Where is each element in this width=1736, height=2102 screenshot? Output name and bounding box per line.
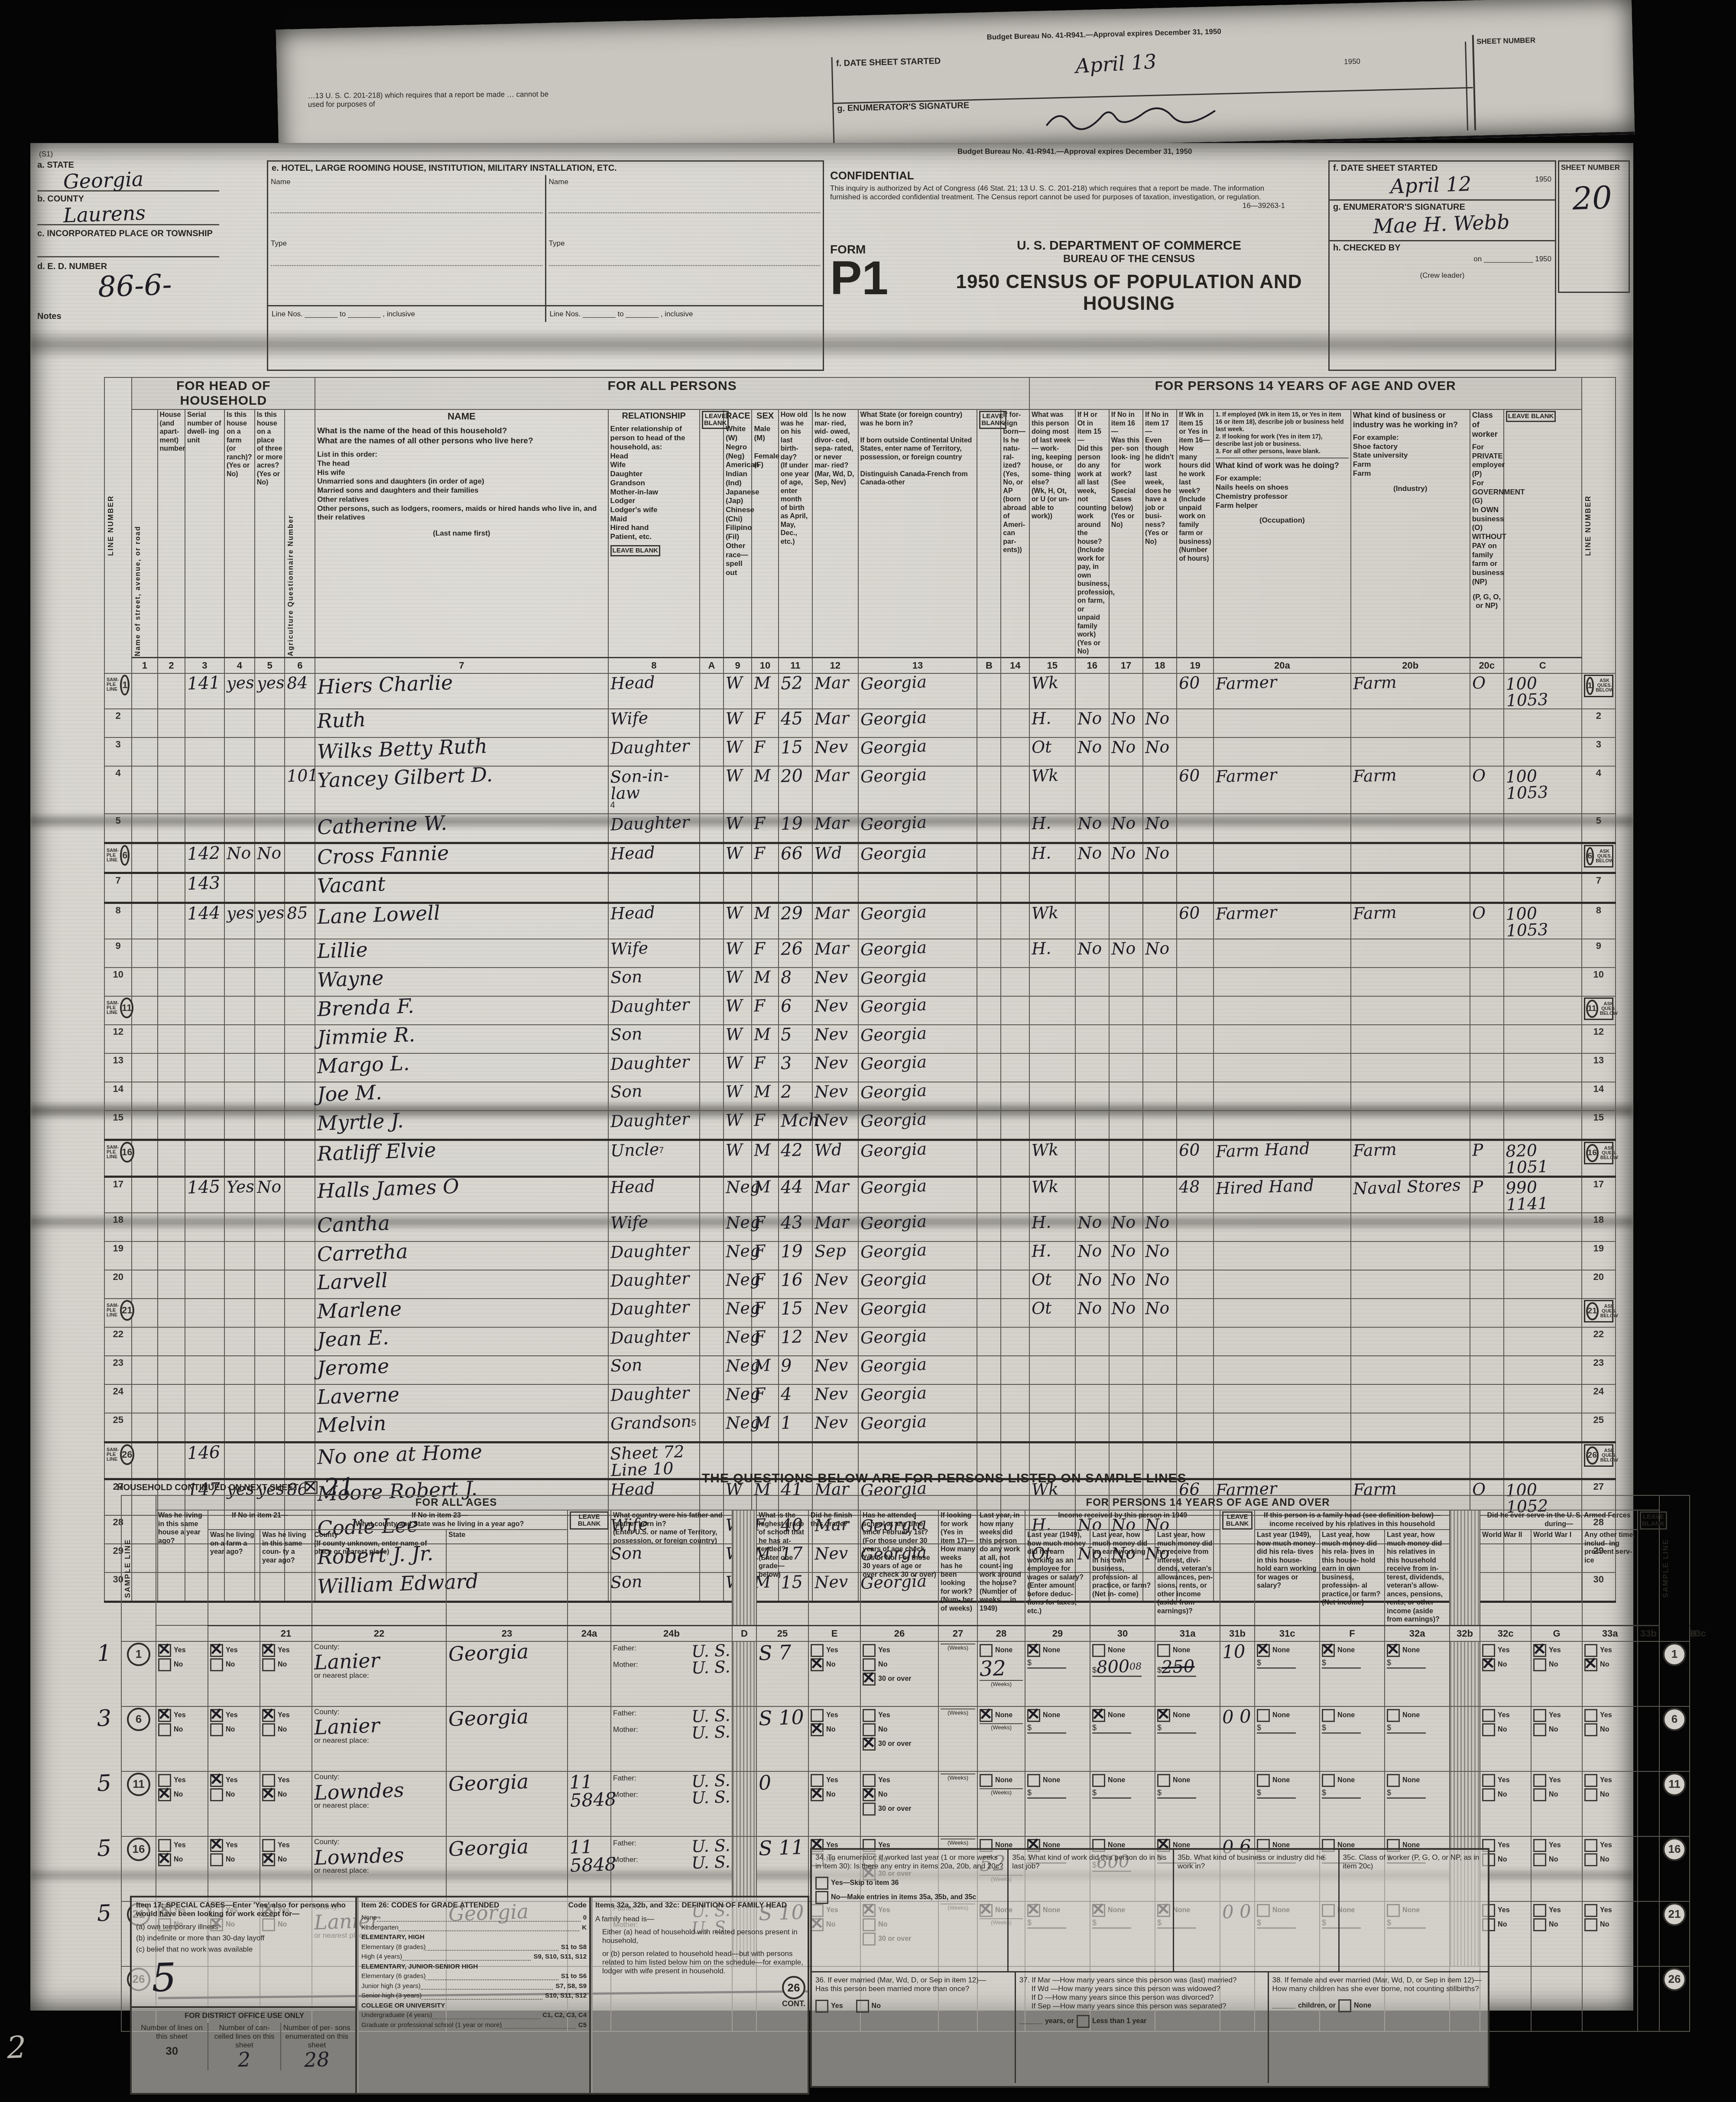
cell-item31b-none-label: None [1108, 1712, 1125, 1719]
cell-farm [224, 1213, 255, 1241]
torn-fragment-text: …13 U. S. C. 201-218) which requires tha… [308, 90, 550, 109]
handwritten-value: No [1111, 1214, 1136, 1231]
item21-no-box [158, 1723, 171, 1736]
cell-ind [1351, 873, 1470, 903]
cell-item31c-none: None [1157, 1774, 1218, 1787]
item21-no: No [158, 1723, 206, 1736]
relationship-superscript: 5 [691, 1418, 696, 1428]
q37-1: 37. If Mar —How many years since this pe… [1019, 1976, 1264, 1985]
cell-age: 16 [779, 1270, 812, 1299]
cell-sex: M [752, 766, 778, 814]
cell-i19: 60 [1177, 1140, 1214, 1177]
person-row: 12Jimmie R.SonWM5NevGeorgia12 [104, 1025, 1616, 1053]
cell-agri [285, 1177, 315, 1213]
cell-serial [185, 1327, 224, 1356]
cell-acres [255, 814, 285, 843]
handwritten-value: Mar [814, 815, 849, 832]
cell-bp: Georgia [858, 1384, 977, 1413]
handwritten-value: Georgia [860, 997, 927, 1015]
cell-i19: 48 [1177, 1177, 1214, 1213]
special-a: (a) own temporary illness [136, 1923, 353, 1931]
cell-farm: Yes [224, 1177, 255, 1213]
cell-item32a-none: None [1257, 1644, 1317, 1657]
cell-name: Laverne [315, 1384, 608, 1413]
cell-bp [858, 873, 977, 903]
sample-line-right: 1 [1659, 1641, 1690, 1706]
cell-bp: Georgia [858, 968, 977, 996]
item22-yes-label: Yes [226, 1777, 238, 1784]
district-office-box: FOR DISTRICT OFFICE USE ONLY Number of l… [130, 2006, 359, 2095]
cell-i14 [1001, 1025, 1029, 1053]
cell-agri [285, 1270, 315, 1299]
person-row: 9LillieWifeWF26MarGeorgiaH.NoNoNo9 [104, 939, 1616, 968]
special-c: (c) belief that no work was available [136, 1945, 353, 1954]
cell-item32b-none-box [1322, 1709, 1335, 1722]
cell-ind: Farm [1351, 766, 1470, 814]
cell-cls [1470, 873, 1504, 903]
handwritten-value: Farm [1353, 1141, 1397, 1159]
cell-race: Neg [724, 1356, 752, 1384]
item21: YesNo [158, 1644, 206, 1671]
handwritten-value: Son [610, 968, 642, 986]
item33c-no-box [1584, 1658, 1597, 1671]
line-number-left: 17 [104, 1177, 132, 1213]
cell-cls [1470, 1356, 1504, 1384]
cell-street [132, 1213, 157, 1241]
handwritten-value: P [1472, 1142, 1483, 1159]
handwritten-value: Georgia [860, 1213, 927, 1232]
cell-i16 [1075, 903, 1109, 939]
cell-codes [1504, 939, 1582, 968]
cell-grade: 0 [756, 1771, 808, 1836]
cell-B [977, 1299, 1001, 1327]
cell-sex: F [752, 1384, 778, 1413]
cell-i18 [1143, 873, 1177, 903]
handwritten-value: Daughter [610, 1053, 690, 1072]
line-number-left: 10 [104, 968, 132, 996]
cell-i15: H. [1029, 843, 1075, 873]
cell-i15: Ot [1029, 737, 1075, 766]
grade-code-row: High (4 years)S9, S10, S11, S12 [361, 1952, 587, 1962]
cell-street [132, 1053, 157, 1082]
item33c-yes: Yes [1584, 1709, 1635, 1722]
special-b: (b) indefinite or more than 30-day layof… [136, 1934, 353, 1943]
handwritten-value: Farmer [1215, 904, 1277, 923]
th-leave-blank-h: LEAVE BLANK [1638, 1510, 1659, 1625]
item33b: YesNo [1533, 1839, 1580, 1866]
item33c-no-label: No [1600, 1661, 1609, 1669]
th-leave-blank-b: LEAVE BLANK [977, 409, 1001, 657]
cell-agri [285, 939, 315, 968]
handwritten-value: Daughter [610, 1241, 690, 1261]
census-scan-page: …13 U. S. C. 201-218) which requires tha… [0, 0, 1736, 2102]
handwritten-value: No [1077, 815, 1102, 832]
q37-3: If D —How many years since this person w… [1032, 1993, 1264, 2002]
cell-i14 [1001, 1140, 1029, 1177]
item33b-yes-label: Yes [1549, 1842, 1561, 1849]
grade-code-label: High (4 years) [361, 1952, 402, 1962]
handwritten-value: No [1145, 845, 1169, 862]
cell-i18: No [1143, 1270, 1177, 1299]
handwritten-value: 145 [187, 1178, 221, 1197]
cell-farm [224, 814, 255, 843]
family-head-definition-box: Items 32a, 32b, and 32c: DEFINITION OF F… [589, 1896, 809, 2095]
handwritten-value: Georgia [448, 1641, 529, 1663]
handwritten-value: Lillie [317, 939, 368, 961]
item28-no-label: No [878, 1726, 887, 1734]
item22-no-label: No [226, 1661, 235, 1669]
cell-B [977, 1213, 1001, 1241]
item23: YesNo [262, 1709, 310, 1736]
handwritten-value: No [1077, 710, 1102, 727]
item33b-yes-box [1533, 1774, 1546, 1787]
codes-title: Item 26: CODES for GRADE ATTENDED [361, 1901, 499, 1910]
cell-B [977, 1413, 1001, 1442]
cell-house [158, 1241, 185, 1270]
th-race: RACE White (W) Negro (Neg) American Indi… [724, 409, 752, 657]
handwritten-value: Daughter [610, 1299, 690, 1318]
cell-i18 [1143, 996, 1177, 1025]
grp-family: If this person is a family head (see def… [1255, 1510, 1450, 1530]
cell-A [700, 996, 724, 1025]
handwritten-value: H. [1031, 1214, 1051, 1231]
handwritten-value: 100 1053 [1506, 766, 1580, 802]
cell-occ [1214, 1299, 1351, 1327]
cell-i18: No [1143, 737, 1177, 766]
item22-yes-label: Yes [226, 1842, 238, 1849]
cell-item31c: None$ [1155, 1771, 1220, 1836]
item30-none-label: None [995, 1647, 1012, 1654]
cell-serial: 145 [185, 1177, 224, 1213]
sample-line-left: 6 [121, 1706, 156, 1771]
th-serial: Serial number of dwell- ing unit [185, 409, 224, 657]
cell-age: 15 [779, 1299, 812, 1327]
cell-acres [255, 1327, 285, 1356]
item33a-no: No [1482, 1723, 1529, 1736]
sample-line-right: 6 [1659, 1706, 1690, 1771]
item22-yes-box [210, 1774, 223, 1787]
q37-foot: years, or [1045, 2018, 1074, 2025]
district-v1: 30 [137, 2044, 207, 2058]
item33b-yes: Yes [1533, 1709, 1580, 1722]
cell-i19: 60 [1177, 766, 1214, 814]
cell-leave-blank-e [732, 1706, 756, 1771]
item33a-no: No [1482, 1658, 1529, 1671]
cell-item32a-none: None [1257, 1774, 1317, 1787]
item21-yes-box [158, 1644, 171, 1657]
ask-ques-below-badge: 11ASK QUES. BELOW [1584, 997, 1613, 1020]
confidential-label: CONFIDENTIAL [830, 169, 914, 182]
cell-acres [255, 1140, 285, 1177]
item23-no-label: No [278, 1661, 287, 1669]
handwritten-value: Wk [1031, 1141, 1058, 1159]
handwritten-value: Lane Lowell [317, 903, 440, 927]
line-number-left: 24 [104, 1384, 132, 1413]
cell-leave-blank-f [1220, 1771, 1255, 1836]
cell-i15 [1029, 968, 1075, 996]
handwritten-value: 12 [780, 1328, 803, 1346]
item22-yes: Yes [210, 1839, 258, 1852]
handwritten-value: 43 [780, 1214, 803, 1232]
cell-rel: Wife [608, 1213, 700, 1241]
cell-i14 [1001, 1241, 1029, 1270]
cell-item31c-none-label: None [1173, 1777, 1190, 1784]
cell-i17 [1109, 996, 1143, 1025]
cell-ind [1351, 939, 1470, 968]
handwritten-value: Georgia [860, 1111, 927, 1130]
cell-i18 [1143, 1111, 1177, 1140]
cell-i15 [1029, 1413, 1075, 1442]
sample-line-number: 21 [120, 1300, 134, 1321]
th-s24a: County (If county unknown, enter name of… [312, 1530, 446, 1625]
cell-ind [1351, 814, 1470, 843]
item33c-no-box [1584, 1853, 1597, 1866]
cell-i19 [1177, 737, 1214, 766]
cell-i14 [1001, 766, 1029, 814]
item21-no: No [158, 1853, 206, 1866]
cell-mar: Mar [812, 903, 858, 939]
cell-farm [224, 766, 255, 814]
department-titles: U. S. DEPARTMENT OF COMMERCE BUREAU OF T… [938, 238, 1320, 315]
item33b-yes: Yes [1533, 1644, 1580, 1657]
q34: 34. To enumerator: If worked last year (… [815, 1853, 1004, 1871]
handwritten-value: No [1145, 1242, 1169, 1260]
cell-race: W [724, 673, 752, 709]
date-value: April 12 [1390, 174, 1472, 197]
handwritten-value: Daughter [610, 1270, 690, 1289]
handwritten-value: F [754, 815, 766, 832]
cell-mar: Mar [812, 709, 858, 737]
cell-A [700, 1025, 724, 1053]
cell-occ [1214, 873, 1351, 903]
handwritten-value: Nev [814, 997, 848, 1015]
cell-i17 [1109, 1327, 1143, 1356]
cell-item32c-none-box [1387, 1709, 1400, 1722]
item28-no: No [863, 1788, 936, 1801]
cell-race: Neg [724, 1213, 752, 1241]
cell-mar: Nev [812, 1384, 858, 1413]
column-number: 31b [1220, 1625, 1255, 1641]
handwritten-value: Georgia [860, 844, 927, 863]
cell-cls [1470, 1111, 1504, 1140]
handwritten-value: Daughter [610, 1111, 690, 1130]
handwritten-value: 52 [780, 674, 803, 692]
cancelled-cell [1638, 1966, 1659, 2031]
cell-agri [285, 1356, 315, 1384]
sample-margin-mark: 5 [95, 1901, 121, 1966]
cell-occ: Farmer [1214, 673, 1351, 709]
handwritten-value: No [1111, 710, 1136, 727]
cell-farm [224, 1384, 255, 1413]
handwritten-value: No [256, 845, 281, 862]
line-number-left: 22 [104, 1327, 132, 1356]
cell-i18 [1143, 766, 1177, 814]
item28-over30: 30 or over [863, 1738, 936, 1751]
cell-rel: Head [608, 673, 700, 709]
sample-person-row: 511YesNoYesNoYesNoCounty:Lowndesor neare… [95, 1771, 1690, 1836]
cell-i18: No [1143, 1241, 1177, 1270]
item28-yes-label: Yes [878, 1777, 890, 1784]
item23-yes-label: Yes [278, 1712, 290, 1719]
item33a-yes-label: Yes [1498, 1907, 1510, 1914]
q34-yes-checkbox [815, 1877, 828, 1890]
cell-occ [1214, 1025, 1351, 1053]
cell-race: Neg [724, 1384, 752, 1413]
cell-name: Wilks Betty Ruth [315, 737, 608, 766]
grade-code-row: Elementary (6 grades)S1 to S6 [361, 1972, 587, 1982]
handwritten-value: Mar [814, 1178, 849, 1196]
handwritten-value: 66 [780, 845, 803, 863]
handwritten-value: No [1145, 1300, 1169, 1317]
handwritten-value: F [754, 997, 766, 1014]
cell-B [977, 1140, 1001, 1177]
district-title: FOR DISTRICT OFFICE USE ONLY [136, 2011, 353, 2020]
cell-name: Cantha [315, 1213, 608, 1241]
handwritten-value: S 7 [758, 1642, 792, 1663]
item33c-no: No [1584, 1853, 1635, 1866]
cell-i16 [1075, 1384, 1109, 1413]
cell-i14 [1001, 1413, 1029, 1442]
cell-B [977, 766, 1001, 814]
sheet-label: SHEET NUMBER [1559, 162, 1629, 174]
th-name: NAME What is the name of the head of thi… [315, 409, 608, 657]
cell-street [132, 1140, 157, 1177]
handwritten-value: 2 [780, 1083, 792, 1101]
item27: YesNo [811, 1709, 858, 1736]
column-number: 10 [752, 657, 778, 673]
line-number-right: 20 [1582, 1270, 1616, 1299]
item28-yes-label: Yes [878, 1712, 890, 1719]
handwritten-value: 990 1141 [1506, 1177, 1580, 1213]
handwritten-value: W [725, 674, 743, 691]
cell-cls [1470, 1053, 1504, 1082]
th-s28: Has he attended school at any time since… [860, 1510, 938, 1625]
handwritten-value: M [754, 1026, 771, 1043]
handwritten-value: 3 [97, 1707, 112, 1730]
handwritten-value: Mar [814, 674, 849, 692]
cell-name: Brenda F. [315, 996, 608, 1025]
handwritten-value: 60 [1179, 767, 1201, 784]
cell-street [132, 843, 157, 873]
handwritten-value: W [725, 738, 743, 755]
handwritten-value: F [754, 940, 766, 957]
handwritten-value: 5 [97, 1772, 112, 1795]
cell-house [158, 939, 185, 968]
district-v2: 2 [238, 2050, 251, 2070]
cell-ind: Naval Stores [1351, 1177, 1470, 1213]
cell-rel: Daughter [608, 996, 700, 1025]
cell-occ [1214, 1241, 1351, 1270]
item33c-no: No [1584, 1918, 1635, 1931]
handwritten-value: Mar [814, 767, 849, 785]
cell-race: W [724, 996, 752, 1025]
person-row: 20LarvellDaughterNegF16NevGeorgiaOtNoNoN… [104, 1270, 1616, 1299]
handwritten-value: 4 [780, 1386, 792, 1403]
handwritten-value: Georgia [860, 737, 927, 756]
cell-cls: O [1470, 903, 1504, 939]
cell-i17: No [1109, 1241, 1143, 1270]
cell-agri [285, 1413, 315, 1442]
cancelled-cell [1531, 1966, 1582, 2031]
handwritten-value: O [1472, 674, 1486, 691]
cell-house [158, 1140, 185, 1177]
cell-cls: O [1470, 673, 1504, 709]
cell-i17: No [1109, 1270, 1143, 1299]
cell-item32c-none: None [1387, 1774, 1447, 1787]
cell-item28: YesNo30 or over [860, 1641, 938, 1706]
item33b: YesNo [1533, 1774, 1580, 1801]
district-c1: Number of lines on this sheet [137, 2024, 207, 2041]
handwritten-value: H. [1031, 815, 1051, 832]
grade-code-label: Elementary (6 grades) [361, 1972, 425, 1982]
handwritten-value: Georgia [860, 1328, 927, 1346]
cell-i17 [1109, 968, 1143, 996]
item22-no-label: No [226, 1791, 235, 1799]
handwritten-value: F [754, 1055, 766, 1072]
cell-mar: Mar [812, 939, 858, 968]
item33c-no-label: No [1600, 1726, 1609, 1734]
line-number-right: 14 [1582, 1082, 1616, 1111]
cell-item32c-none: None [1387, 1709, 1447, 1722]
cell-i17 [1109, 766, 1143, 814]
handwritten-value: Georgia [860, 1025, 927, 1044]
item33b-no-label: No [1549, 1856, 1558, 1864]
cell-ind [1351, 1442, 1470, 1479]
cell-i17: No [1109, 1299, 1143, 1327]
th-s32b: Last year, how much money did his rela- … [1320, 1530, 1385, 1625]
line-number-left: 18 [104, 1213, 132, 1241]
item33c-yes-box [1584, 1709, 1597, 1722]
cell-grade: S 7 [756, 1641, 808, 1706]
item33a-no-label: No [1498, 1661, 1507, 1669]
cell-item32b: None$ [1320, 1706, 1385, 1771]
handwritten-value: Farm [1353, 674, 1397, 692]
cell-i14 [1001, 1213, 1029, 1241]
line-number-right: 11ASK QUES. BELOW [1582, 996, 1616, 1025]
item23-yes: Yes [262, 1644, 310, 1657]
cell-street [132, 1270, 157, 1299]
cell-item32a: None$ [1255, 1706, 1320, 1771]
cell-codes [1504, 968, 1582, 996]
cell-i16 [1075, 1053, 1109, 1082]
cell-house [158, 996, 185, 1025]
cell-bp: Georgia [858, 1025, 977, 1053]
item33b-yes-label: Yes [1549, 1777, 1561, 1784]
item22-yes-label: Yes [226, 1647, 238, 1654]
cell-ind [1351, 968, 1470, 996]
handwritten-value: 32 [979, 1658, 1006, 1680]
line-number-left: SAM- PLE LINE11 [104, 996, 132, 1025]
item33c-no-box [1584, 1918, 1597, 1931]
cell-occ [1214, 1082, 1351, 1111]
cell-name: Vacant [315, 873, 608, 903]
cell-street [132, 1082, 157, 1111]
cell-race: W [724, 814, 752, 843]
cell-cls [1470, 939, 1504, 968]
item27-no: No [811, 1658, 858, 1671]
th-house: House (and apart- ment) number [158, 409, 185, 657]
handwritten-value: No [1111, 815, 1136, 832]
th-s24b: State [446, 1530, 568, 1625]
item21-no: No [158, 1658, 206, 1671]
cell-race: W [724, 968, 752, 996]
handwritten-value: Grandson [610, 1413, 691, 1432]
cell-agri [285, 1241, 315, 1270]
line-number-right: 5 [1582, 814, 1616, 843]
cell-age: 43 [779, 1213, 812, 1241]
handwritten-value: Lanier [314, 1650, 380, 1672]
handwritten-value: 48 [1179, 1178, 1201, 1196]
